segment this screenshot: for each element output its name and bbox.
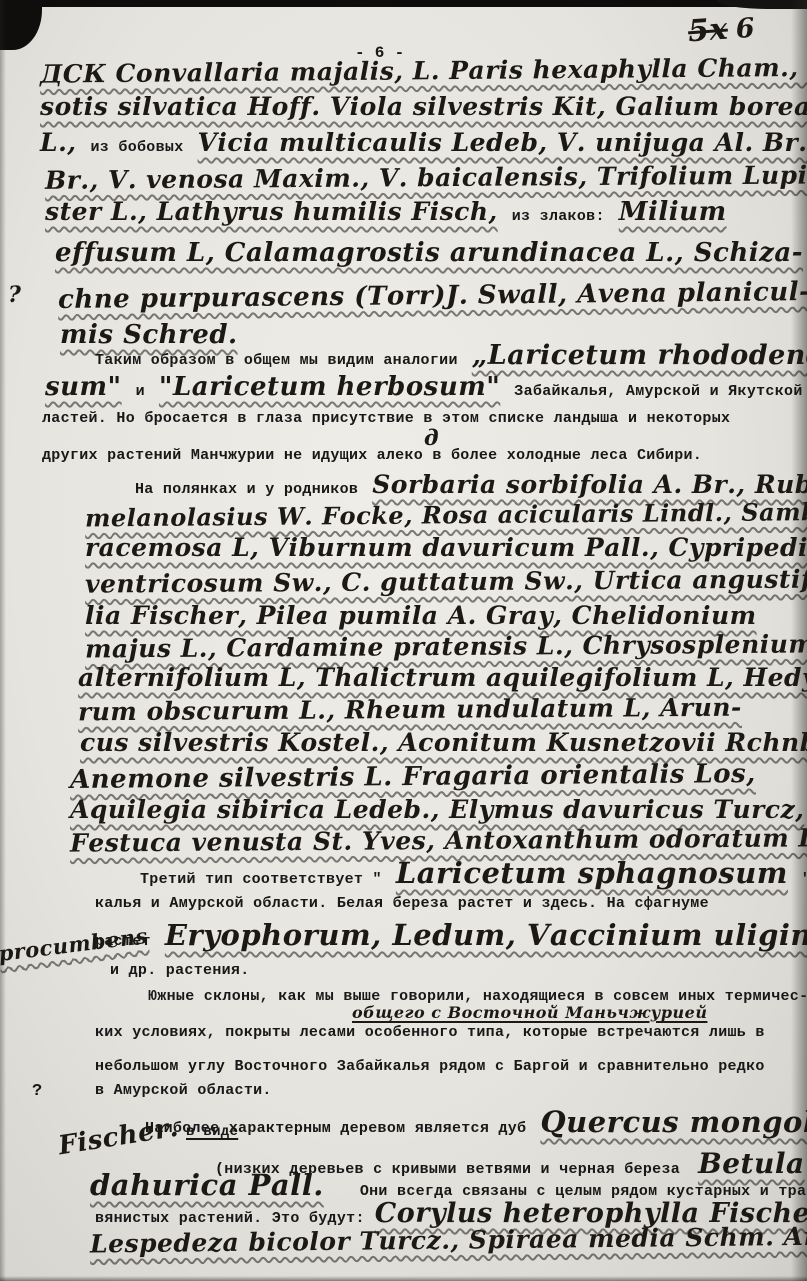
- text-line: lia Fischer, Pilea pumila A. Gray, Cheli…: [85, 601, 757, 630]
- text-line: ventricosum Sw., C. guttatum Sw., Urtica…: [85, 564, 807, 598]
- typewritten-segment: Таким образом в общем мы видим аналогии: [95, 352, 458, 369]
- typewritten-segment: На полянках и у родников: [135, 481, 358, 498]
- typewritten-segment: ластей. Но бросается в глаза присутствие…: [42, 410, 730, 427]
- handwritten-margin-fischer: Fischer.: [56, 1113, 180, 1162]
- typewritten-segment: калья и Амурской области. Белая береза р…: [95, 895, 709, 912]
- handwritten-segment: ДСК Convallaria majalis, L. Paris hexaph…: [40, 52, 807, 88]
- insertion-note: в виде: [186, 1124, 238, 1140]
- text-line: ких условиях, покрыты лесами особенного …: [95, 1024, 765, 1041]
- typewritten-segment: ких условиях, покрыты лесами особенного …: [95, 1024, 765, 1041]
- text-line: Таким образом в общем мы видим аналогии …: [95, 340, 807, 371]
- handwritten-segment: Anemone silvestris L. Fragaria orientali…: [70, 759, 756, 795]
- typewritten-segment: и др. растения.: [110, 962, 250, 979]
- text-line: sotis silvatica Hoff. Viola silvestris K…: [40, 92, 807, 121]
- corner-crossed-number: 5х: [687, 12, 729, 50]
- text-line: небольшом углу Восточного Забайкалья ряд…: [95, 1058, 765, 1075]
- text-line: Aquilegia sibirica Ledeb., Elymus davuri…: [70, 795, 804, 824]
- handwritten-segment: alternifolium L, Thalictrum aquilegifoli…: [78, 663, 807, 692]
- scan-edge-left: [0, 0, 6, 1281]
- text-line: других растений Манчжурии не идущих алек…: [42, 447, 702, 464]
- text-line: Наиболее характерным деревом является ду…: [145, 1105, 807, 1139]
- handwritten-segment: chne purpurascens (Torr)J. Swall, Avena …: [58, 277, 807, 315]
- typewritten-segment: других растений Манчжурии не идущих: [42, 447, 368, 464]
- scan-corner-blot: [0, 0, 42, 50]
- handwritten-segment: effusum L, Calamagrostis arundinacea L.,…: [55, 238, 803, 268]
- text-line: dahurica Pall. Они всегда связаны с целы…: [90, 1168, 806, 1202]
- handwritten-margin-procumbens: procumbens: [0, 923, 149, 966]
- text-line: Anemone silvestris L. Fragaria orientali…: [70, 759, 756, 795]
- margin-question-mark: ?: [32, 1082, 43, 1101]
- scan-edge-bottom: [0, 1276, 807, 1281]
- handwritten-segment: L.,: [40, 128, 77, 157]
- corner-page-number: 6: [735, 13, 756, 45]
- text-line: cus silvestris Kostel., Aconitum Kusnetz…: [80, 728, 807, 757]
- typewritten-segment: вянистых растений. Это будут:: [95, 1210, 365, 1227]
- handwritten-segment: ster L., Lathyrus humilis Fisch,: [45, 197, 498, 226]
- text-line: majus L., Cardamine pratensis L., Chryso…: [85, 629, 807, 663]
- text-line: Br., V. venosa Maxim., V. baicalensis, T…: [45, 160, 807, 195]
- typewritten-segment: из бобовых: [91, 139, 184, 156]
- handwritten-segment: lia Fischer, Pilea pumila A. Gray, Cheli…: [85, 601, 757, 630]
- text-line: melanolasius W. Focke, Rosa acicularis L…: [85, 497, 807, 533]
- text-line: ластей. Но бросается в глаза присутствие…: [42, 410, 730, 427]
- corner-note: 5х 6: [687, 10, 756, 50]
- typewritten-segment: в Амурской области.: [95, 1082, 272, 1099]
- typewritten-segment: небольшом углу Восточного Забайкалья ряд…: [95, 1058, 765, 1075]
- text-line: rum obscurum L., Rheum undulatum L, Arun…: [78, 693, 742, 727]
- typewritten-segment: " Забай-: [802, 871, 807, 888]
- text-line: ster L., Lathyrus humilis Fisch, из злак…: [45, 197, 727, 227]
- handwritten-segment: Vicia multicaulis Ledeb, V. unijuga Al. …: [198, 128, 807, 157]
- handwritten-segment: Br., V. venosa Maxim., V. baicalensis, T…: [45, 160, 807, 195]
- handwritten-segment: ventricosum Sw., C. guttatum Sw., Urtica…: [85, 564, 807, 598]
- text-line: alternifolium L, Thalictrum aquilegifoli…: [78, 663, 807, 692]
- handwritten-segment: Laricetum sphagnosum: [396, 856, 788, 890]
- text-line: калья и Амурской области. Белая береза р…: [95, 895, 709, 912]
- text-line: в Амурской области.: [95, 1082, 272, 1099]
- handwritten-segment: Milium: [619, 197, 727, 227]
- text-line: и др. растения.: [110, 962, 250, 979]
- text-line: На полянках и у родников Sorbaria sorbif…: [135, 470, 807, 499]
- text-line: L., из бобовых Vicia multicaulis Ledeb, …: [40, 128, 807, 157]
- typewritten-segment: алеко в более холодные леса Сибири.: [377, 447, 703, 464]
- text-line: racemosa L, Viburnum davuricum Pall., Cy…: [85, 533, 807, 562]
- typewritten-segment: Забайкалья, Амурской и Якутской об-: [514, 383, 807, 400]
- handwritten-segment: majus L., Cardamine pratensis L., Chryso…: [85, 629, 807, 663]
- text-line: chne purpurascens (Torr)J. Swall, Avena …: [58, 277, 807, 315]
- handwritten-segment: Sorbaria sorbifolia A. Br., Rubus: [372, 470, 807, 499]
- handwritten-segment: sotis silvatica Hoff. Viola silvestris K…: [40, 92, 807, 121]
- typewritten-insert-v-vide: в виде: [186, 1124, 238, 1140]
- text-line: ДСК Convallaria majalis, L. Paris hexaph…: [40, 52, 807, 88]
- margin-note: procumbens: [0, 923, 149, 966]
- handwritten-segment: dahurica Pall.: [90, 1168, 324, 1202]
- handwritten-segment: sum": [45, 372, 122, 402]
- scan-edge-top: [0, 0, 807, 7]
- text-line: Третий тип соответствует " Laricetum sph…: [140, 856, 807, 890]
- text-line: sum" и "Laricetum herbosum" Забайкалья, …: [45, 372, 807, 402]
- typewritten-segment: Третий тип соответствует ": [140, 871, 382, 888]
- typewritten-segment: и: [136, 383, 145, 400]
- text-line: Festuca venusta St. Yves, Antoxanthum od…: [70, 823, 807, 857]
- handwritten-segment: racemosa L, Viburnum davuricum Pall., Cy…: [85, 533, 807, 562]
- handwritten-segment: Quercus mongolica: [540, 1105, 807, 1139]
- insertion-phrase: общего с Восточной Маньчжурией: [352, 1003, 707, 1022]
- typewritten-segment: из злаков:: [512, 208, 605, 225]
- handwritten-segment: Festuca venusta St. Yves, Antoxanthum od…: [70, 823, 807, 857]
- scanned-manuscript-page: - 6 - 5х 6 ДСК Convallaria majalis, L. P…: [0, 0, 807, 1281]
- question-mark: ?: [32, 1082, 43, 1101]
- handwritten-segment: Eryophorum, Ledum, Vaccinium uliginosum …: [165, 918, 807, 952]
- margin-note: Fischer.: [56, 1113, 180, 1162]
- handwritten-segment: "Laricetum herbosum": [159, 372, 500, 402]
- handwritten-segment: melanolasius W. Focke, Rosa acicularis L…: [85, 497, 807, 533]
- handwritten-segment: rum obscurum L., Rheum undulatum L, Arun…: [78, 693, 742, 727]
- margin-question-mark: ?: [8, 282, 21, 308]
- handwritten-segment: cus silvestris Kostel., Aconitum Kusnetz…: [80, 728, 807, 757]
- handwritten-segment: Aquilegia sibirica Ledeb., Elymus davuri…: [70, 795, 804, 824]
- question-mark: ?: [8, 282, 21, 308]
- text-line: effusum L, Calamagrostis arundinacea L.,…: [55, 238, 803, 268]
- handwritten-segment: „Laricetum rhododendro-: [472, 340, 807, 371]
- text-line: растет Eryophorum, Ledum, Vaccinium ulig…: [95, 918, 807, 952]
- handwritten-insert-phrase: общего с Восточной Маньчжурией: [352, 1003, 707, 1022]
